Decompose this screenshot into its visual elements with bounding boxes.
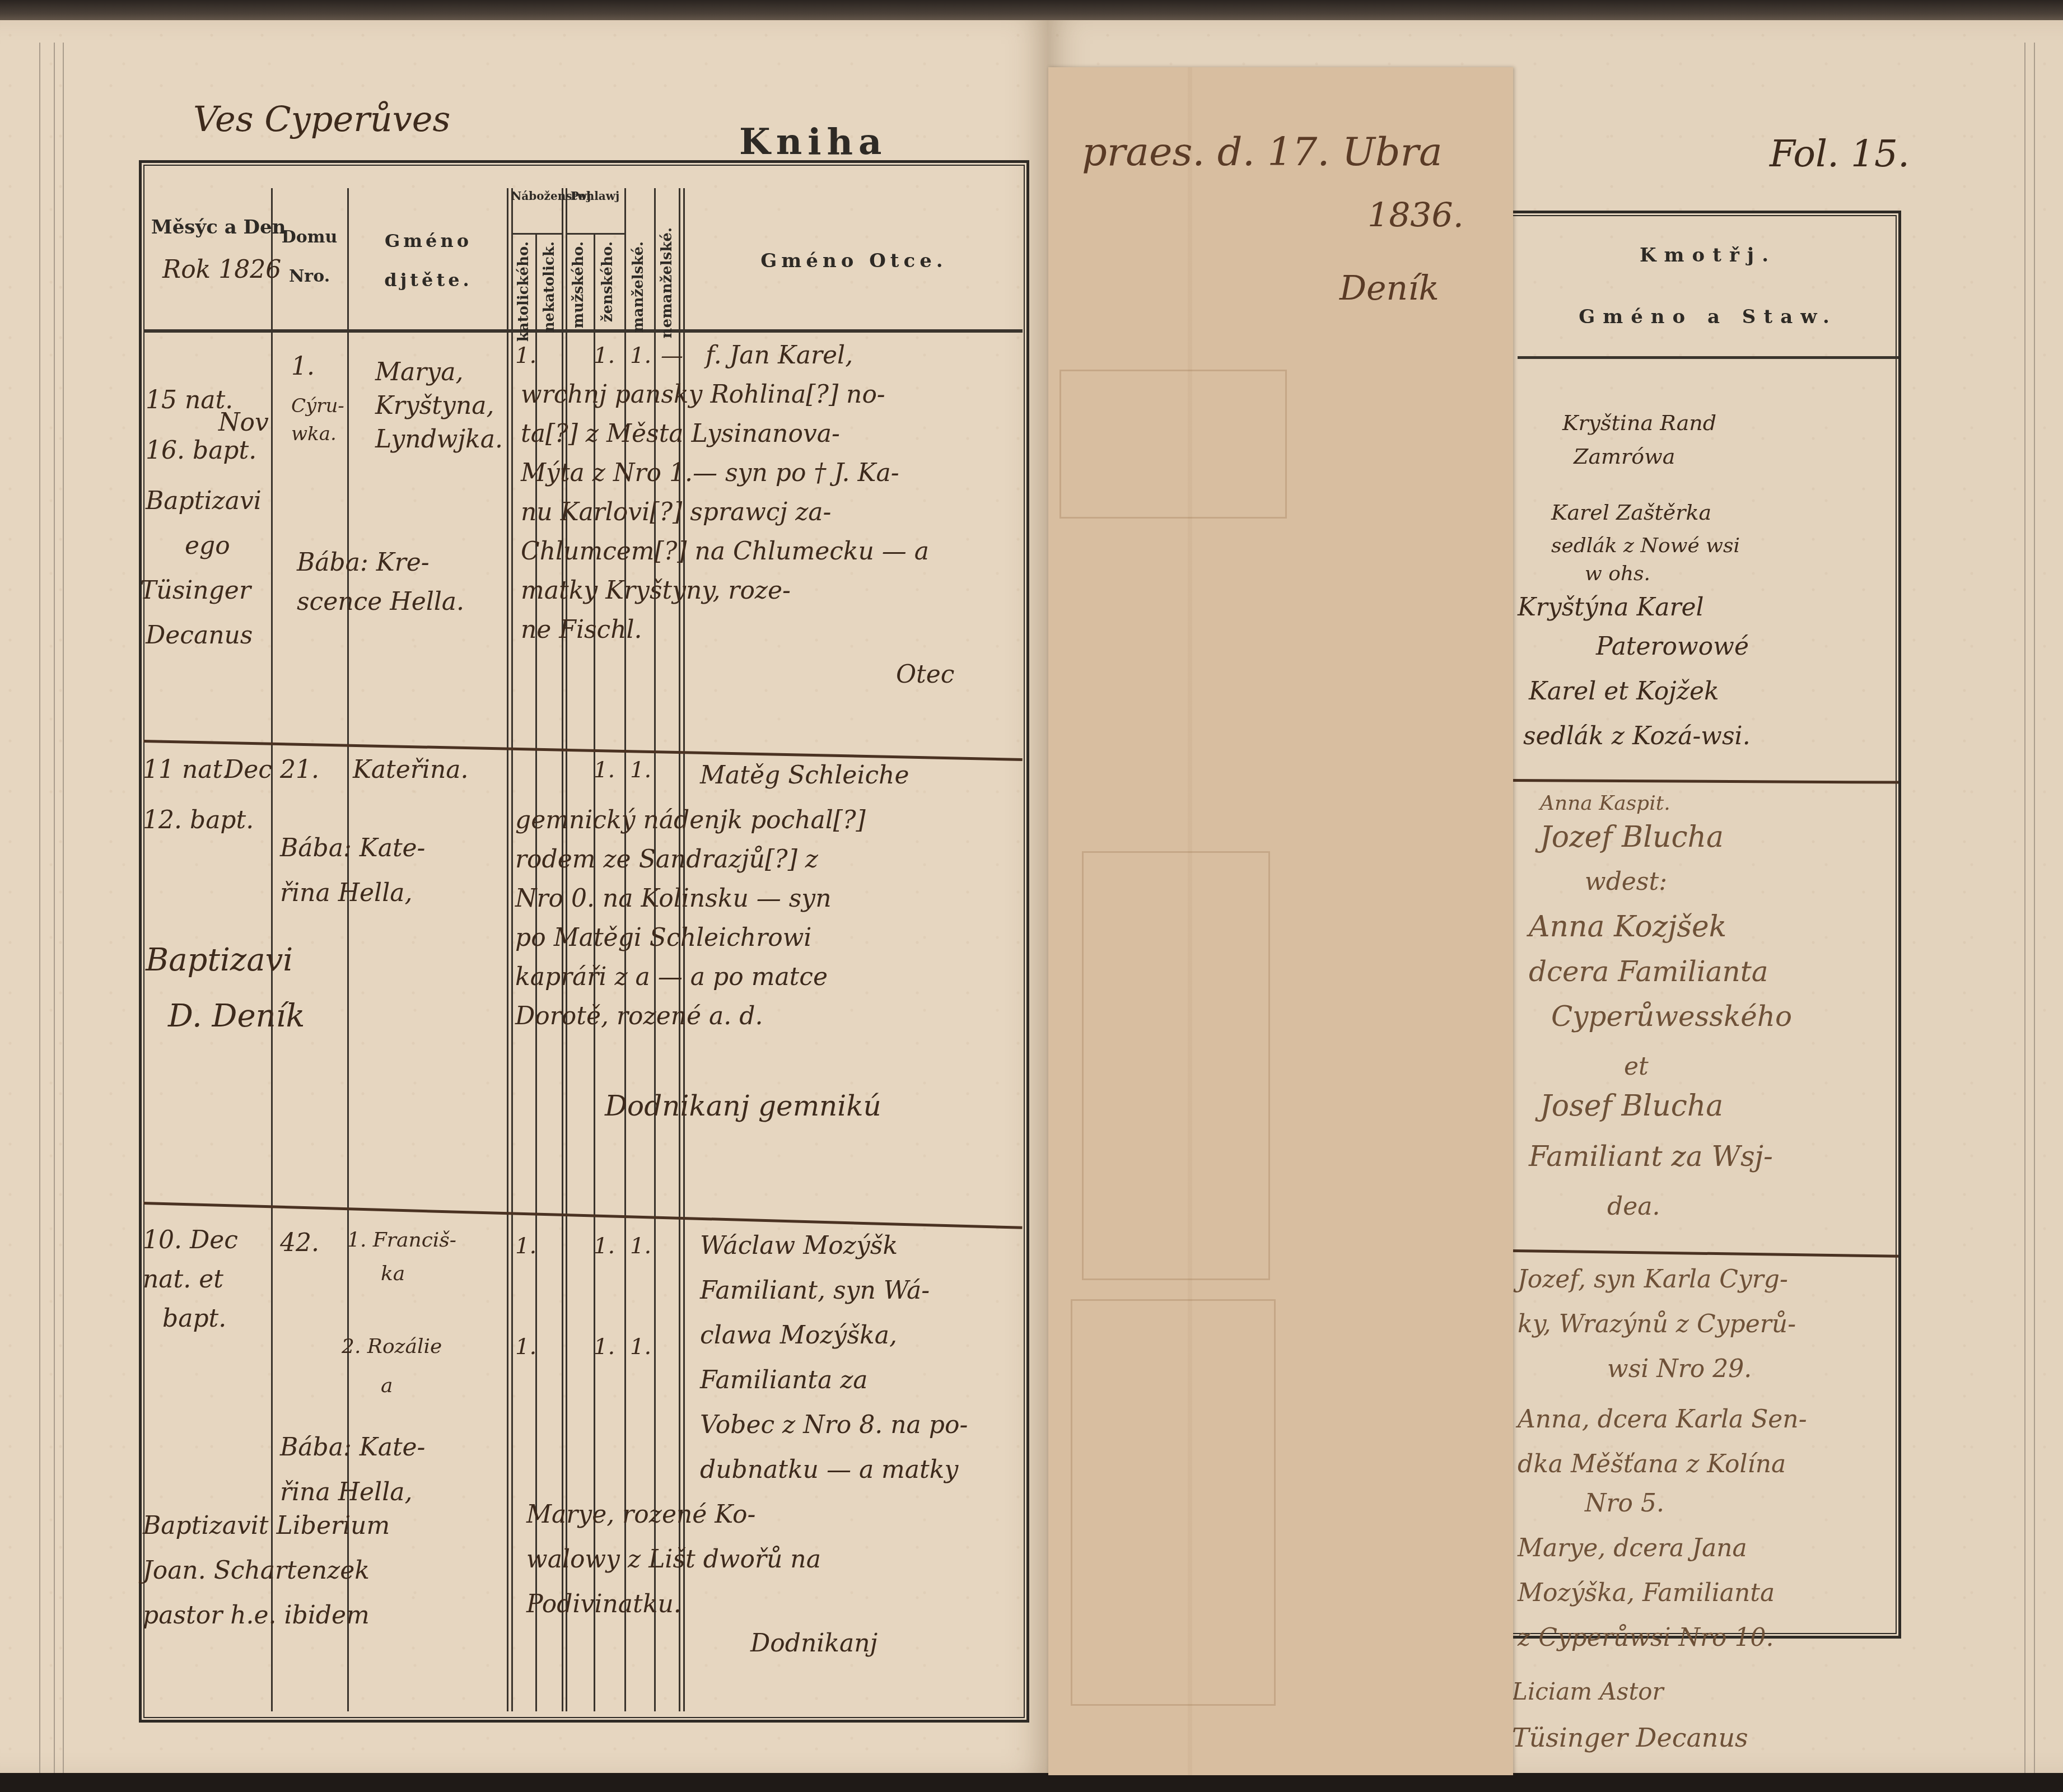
col-header-date: Měsýc a Den bbox=[151, 216, 263, 239]
father-line: Nro 0. na Kolinsku — syn bbox=[515, 877, 832, 921]
house-number: 42. bbox=[280, 1221, 319, 1265]
mark: 1. bbox=[594, 1325, 615, 1369]
godparent-line: Jozef, syn Karla Cyrg- bbox=[1518, 1258, 1788, 1301]
godparent-line: wsi Nro 29. bbox=[1607, 1347, 1752, 1391]
father-line: clawa Mozýška, bbox=[700, 1314, 897, 1357]
bleedthrough-grid bbox=[1071, 1299, 1276, 1706]
godparent-line: sedlák z Kozá-wsi. bbox=[1523, 715, 1751, 758]
col-divider bbox=[507, 188, 508, 1711]
col-header-noncatholic: nekatolick. bbox=[541, 241, 558, 332]
godparent-line: Mozýška, Familianta bbox=[1518, 1571, 1775, 1615]
godparent-line: et bbox=[1624, 1045, 1649, 1089]
col-header-godparents: Kmotřj. bbox=[1518, 244, 1898, 267]
col-header-legitimate: manželské. bbox=[630, 241, 647, 333]
father-line: po Matěgi Schleichrowi bbox=[515, 916, 811, 960]
baptizer-line: Decanus bbox=[146, 614, 253, 657]
mark: 1. bbox=[630, 334, 651, 377]
godparent-line: dea. bbox=[1607, 1185, 1660, 1229]
midwife: scence Hella. bbox=[297, 580, 464, 624]
page-edge bbox=[39, 43, 40, 1773]
father-line: rodem ze Sandrazjů[?] z bbox=[515, 838, 818, 881]
midwife: Bába: Kate- bbox=[280, 1426, 425, 1469]
midwife: Bába: Kre- bbox=[297, 541, 430, 585]
entry-bapt: 16. bapt. bbox=[146, 429, 256, 473]
father-line: Matěg Schleiche bbox=[700, 754, 909, 797]
father-line: Marye, rozené Ko- bbox=[526, 1493, 755, 1537]
house-place: wka. bbox=[291, 412, 337, 456]
folio-number: Fol. 15. bbox=[1770, 132, 1910, 175]
baptizer-line: Baptizavi bbox=[146, 939, 293, 982]
col-group-religion: Náboženstwj bbox=[511, 188, 562, 204]
mark: 1. bbox=[630, 748, 651, 792]
book-binding bbox=[0, 0, 2063, 22]
godparent-line: Anna Kozjšek bbox=[1529, 905, 1726, 949]
father-line: Mýta z Nro 1.— syn po † J. Ka- bbox=[521, 451, 899, 495]
child-name: Lyndwjka. bbox=[375, 418, 503, 461]
father-signature: Dodnikanj gemnikú bbox=[605, 1084, 881, 1128]
godparent-line: Familiant za Wsj- bbox=[1529, 1135, 1773, 1178]
baptizer-line: Baptizavi bbox=[146, 479, 262, 523]
mark: 1. bbox=[594, 334, 615, 377]
col-header-illegitimate: nemanželské. bbox=[659, 227, 675, 338]
col-header-catholic: katolického. bbox=[515, 241, 532, 342]
midwife: řina Hella, bbox=[280, 1471, 412, 1514]
col-header-father: Gméno Otce. bbox=[689, 250, 1019, 272]
house-number: 21. bbox=[280, 748, 319, 792]
father-line: Dorotě, rozené a. d. bbox=[515, 995, 763, 1038]
child-name: 2. Rozálie bbox=[342, 1325, 442, 1369]
godparent-line: Karel et Kojžek bbox=[1529, 670, 1719, 713]
col-header-female: ženského. bbox=[599, 241, 616, 322]
father-line: matky Kryštyny, roze- bbox=[521, 569, 791, 613]
group-divider bbox=[566, 233, 624, 235]
mark: 1. bbox=[594, 1224, 615, 1268]
godparent-line: Jozef Blucha bbox=[1540, 815, 1724, 859]
baptizer-line: D. Deník bbox=[168, 995, 305, 1038]
mark: 1. bbox=[515, 1325, 536, 1369]
child-name: ka bbox=[381, 1252, 405, 1296]
col-header-child: Gméno bbox=[353, 230, 504, 251]
mark: 1. bbox=[515, 1224, 536, 1268]
father-line: kapráři z a — a po matce bbox=[515, 955, 828, 999]
col-group-sex: Pohlawj bbox=[566, 188, 624, 204]
col-header-house: Domu bbox=[274, 227, 344, 247]
godparent-line: z Cyperůwsi Nro 10. bbox=[1518, 1616, 1774, 1660]
footer-note: Liciam Astor bbox=[1512, 1678, 1664, 1705]
house-number: 1. bbox=[291, 345, 315, 389]
father-line: f. Jan Karel, bbox=[706, 334, 853, 377]
slip-signature: Deník bbox=[1339, 269, 1439, 308]
child-name: Kateřina. bbox=[353, 748, 469, 792]
mark: — bbox=[661, 334, 683, 377]
baptizer-line: ego bbox=[185, 524, 230, 568]
godparent-line: Anna, dcera Karla Sen- bbox=[1518, 1398, 1807, 1441]
father-line: Podivinatku. bbox=[526, 1583, 682, 1626]
father-line: ta[?] z Města Lysinanova- bbox=[521, 412, 840, 456]
col-header-male: mužského. bbox=[570, 241, 587, 328]
col-header-year: Rok 1826 bbox=[162, 255, 281, 284]
parish-header: Ves Cyperůves bbox=[193, 99, 450, 139]
col-header-house-nro: Nro. bbox=[274, 267, 344, 286]
midwife: Bába: Kate- bbox=[280, 827, 425, 870]
child-name: a bbox=[381, 1364, 393, 1408]
header-divider bbox=[1518, 356, 1898, 359]
mark: 1. bbox=[594, 748, 615, 792]
godparent-line: Josef Blucha bbox=[1540, 1084, 1723, 1128]
godparent-line: wdest: bbox=[1585, 860, 1667, 904]
mark: 1. bbox=[630, 1325, 651, 1369]
father-line: Familianta za bbox=[700, 1359, 868, 1402]
father-signature: Dodnikanj bbox=[750, 1622, 878, 1665]
godparent-line: dka Měšťana z Kolína bbox=[1518, 1443, 1786, 1486]
left-page: Ves Cyperůves Kniha Měsýc a Den Rok 1826… bbox=[0, 20, 1047, 1773]
slip-note: praes. d. 17. Ubra bbox=[1082, 129, 1443, 175]
col-header-child-2: djtěte. bbox=[353, 269, 504, 291]
group-divider bbox=[511, 233, 562, 235]
entry-date: 10. Dec bbox=[143, 1219, 238, 1262]
godparent-line: Marye, dcera Jana bbox=[1518, 1527, 1747, 1570]
page-edge bbox=[63, 43, 64, 1773]
godparent-line: Cyperůwesského bbox=[1551, 995, 1792, 1038]
baptizer-line: Joan. Schartenzek bbox=[143, 1549, 370, 1593]
page-edge bbox=[2024, 43, 2025, 1773]
pasted-slip: praes. d. 17. Ubra 1836. Deník bbox=[1048, 67, 1513, 1775]
page-edge bbox=[2034, 43, 2035, 1773]
godparent-line: Nro 5. bbox=[1585, 1482, 1664, 1525]
midwife: řina Hella, bbox=[280, 871, 412, 915]
father-line: Chlumcem[?] na Chlumecku — a bbox=[521, 530, 929, 573]
baptizer-line: Tüsinger bbox=[140, 569, 251, 613]
godparent-line: Paterowowé bbox=[1596, 625, 1749, 669]
register-title: Kniha bbox=[739, 121, 887, 163]
father-line: ne Fischl. bbox=[521, 608, 642, 652]
godparent-line: Kryštýna Karel bbox=[1518, 586, 1704, 629]
father-signature: Otec bbox=[896, 653, 954, 697]
footer-signature: Tüsinger Decanus bbox=[1512, 1723, 1748, 1753]
header-divider bbox=[143, 329, 1023, 333]
father-line: gemnický nádenjk pochal[?] bbox=[515, 799, 866, 842]
entry-bapt: bapt. bbox=[162, 1297, 226, 1341]
father-line: wrchnj pansky Rohlina[?] no- bbox=[521, 373, 885, 417]
page-edge bbox=[54, 43, 55, 1773]
father-line: dubnatku — a matky bbox=[700, 1448, 958, 1492]
father-line: walowy z Lišt dwořů na bbox=[526, 1538, 821, 1581]
father-line: Vobec z Nro 8. na po- bbox=[700, 1403, 968, 1447]
bleedthrough-grid bbox=[1082, 851, 1270, 1280]
baptizer-line: pastor h.e. ibidem bbox=[143, 1594, 370, 1637]
col-divider bbox=[511, 188, 513, 1711]
father-line: Wáclaw Mozýšk bbox=[700, 1224, 898, 1268]
entry-date: 11 nat. bbox=[143, 748, 230, 792]
godparent-line: Zamrówa bbox=[1574, 435, 1675, 478]
mark: 1. bbox=[630, 1224, 651, 1268]
entry-date: nat. et bbox=[143, 1258, 223, 1301]
col-header-name-status: Gméno a Staw. bbox=[1518, 306, 1898, 328]
entry-bapt: 12. bapt. bbox=[143, 799, 254, 842]
bleedthrough-grid bbox=[1059, 370, 1287, 519]
godparent-line: ky, Wrazýnů z Cyperů- bbox=[1518, 1303, 1796, 1346]
slip-year: 1836. bbox=[1367, 196, 1464, 235]
father-line: Familiant, syn Wá- bbox=[700, 1269, 930, 1313]
mark: 1. bbox=[515, 334, 536, 377]
entry-month: Dec bbox=[224, 748, 272, 792]
father-line: nu Karlovi[?] sprawcj za- bbox=[521, 491, 831, 534]
godparent-line: dcera Familianta bbox=[1529, 950, 1768, 993]
